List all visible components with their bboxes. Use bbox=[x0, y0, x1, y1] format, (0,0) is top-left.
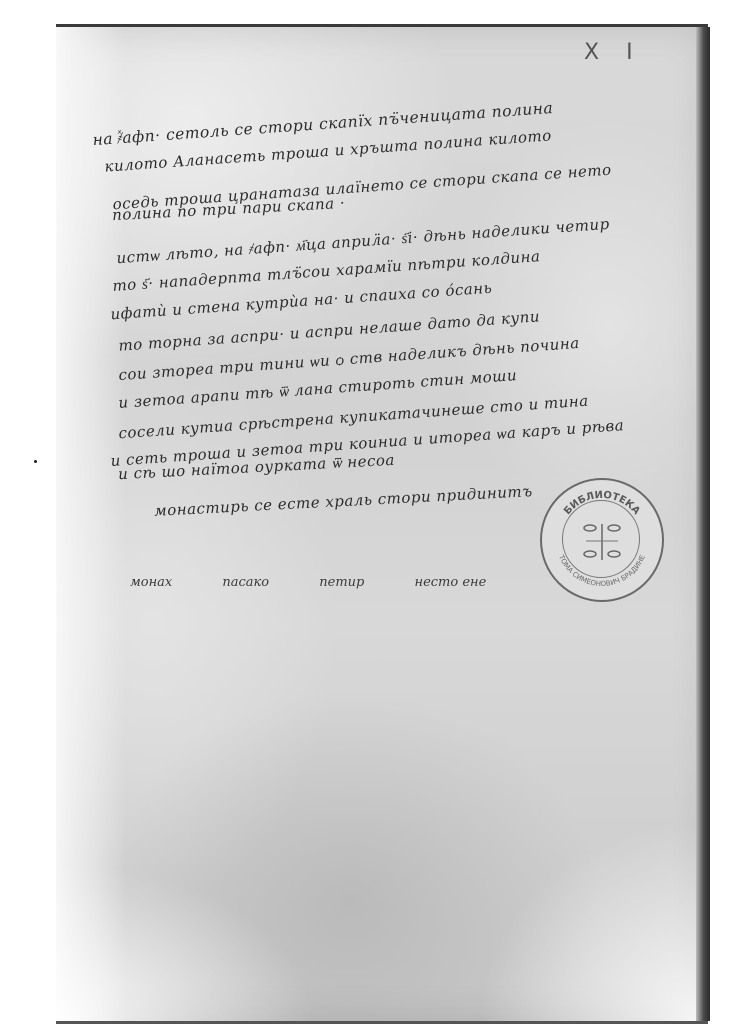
page-edge-shadow bbox=[696, 27, 710, 1021]
folio-mark: X I bbox=[584, 40, 643, 65]
signature: монах bbox=[130, 575, 172, 590]
stray-mark bbox=[34, 460, 37, 463]
signatures: монах пасако петир несто ене bbox=[130, 575, 532, 590]
stamp-inner-ring bbox=[562, 500, 640, 578]
library-stamp: БИБЛИОТЕКА ТОМА СИМЕОНОВИЧ БРАДИНЕ bbox=[540, 478, 664, 602]
page-highlight-bottom-left bbox=[56, 861, 316, 1021]
signature: петир bbox=[319, 575, 364, 590]
signature: несто ене bbox=[415, 575, 487, 590]
signature: пасако bbox=[222, 575, 269, 590]
page-highlight-bottom-right bbox=[478, 821, 698, 1021]
